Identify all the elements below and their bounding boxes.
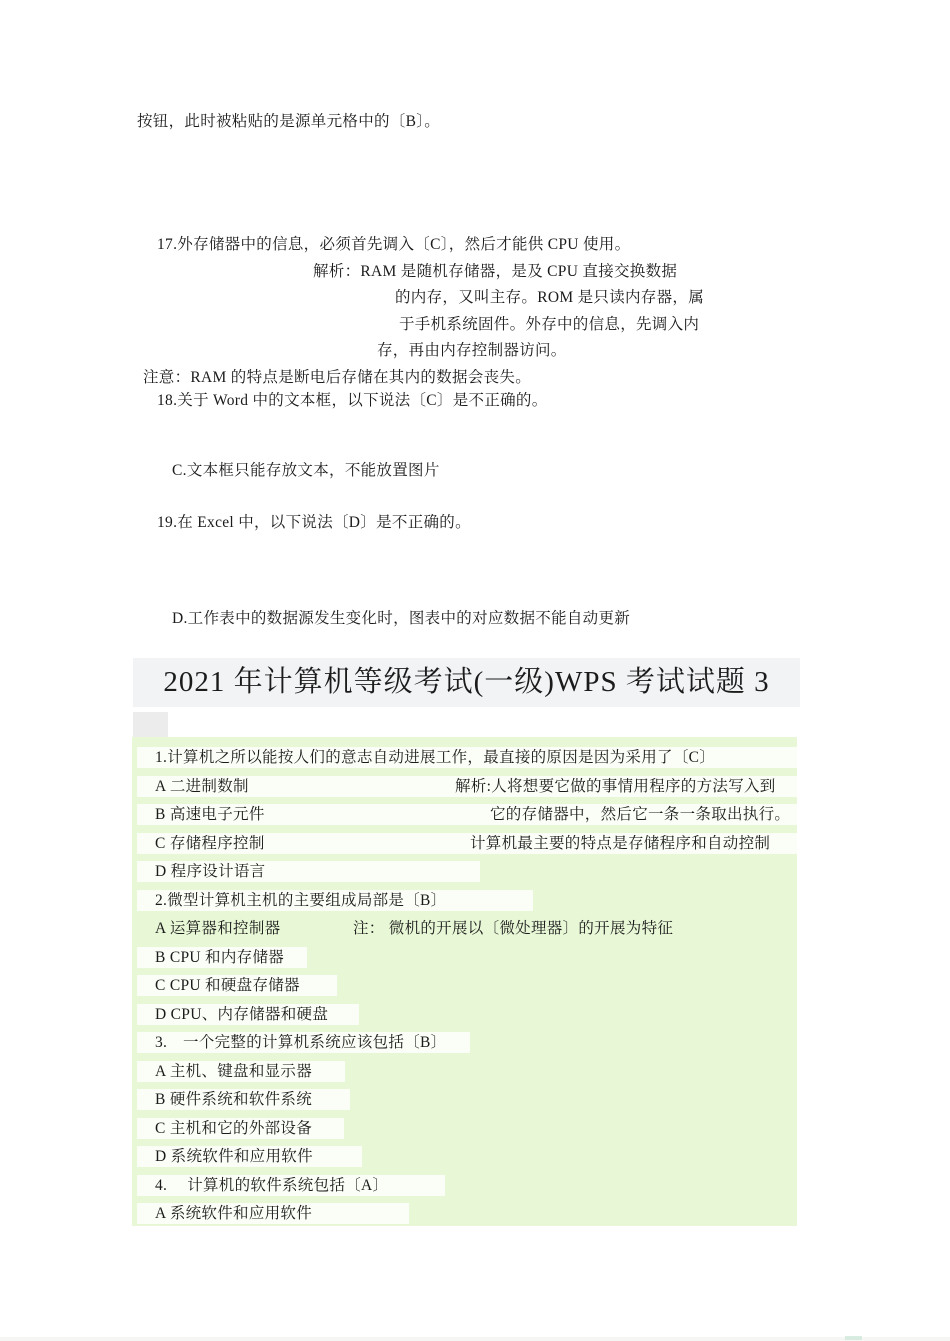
- question-text: 3. 一个完整的计算机系统应该包括〔B〕: [155, 1032, 446, 1053]
- paragraph-line: D.工作表中的数据源发生变化时，图表中的对应数据不能自动更新: [172, 608, 630, 630]
- exam-title: 2021 年计算机等级考试(一级)WPS 考试试题 3: [163, 658, 769, 707]
- option-text: D CPU、内存储器和硬盘: [155, 1004, 328, 1025]
- quiz-row: A 主机、键盘和显示器: [137, 1061, 797, 1082]
- section-title-band: 2021 年计算机等级考试(一级)WPS 考试试题 3: [133, 658, 800, 707]
- quiz-row: A 运算器和控制器 注： 微机的开展以〔微处理器〕的开展为特征: [137, 918, 797, 939]
- page-bottom-sliver: [845, 1336, 862, 1340]
- paragraph-line: 解析：RAM 是随机存储器，是及 CPU 直接交换数据: [313, 261, 677, 283]
- option-text: C 存储程序控制: [155, 833, 265, 854]
- paragraph-line: 17.外存储器中的信息，必须首先调入〔C〕，然后才能供 CPU 使用。: [157, 234, 630, 256]
- quiz-row: D 程序设计语言: [137, 861, 797, 882]
- option-text: B 硬件系统和软件系统: [155, 1089, 312, 1110]
- quiz-row: A 系统软件和应用软件: [137, 1203, 797, 1224]
- option-text: C 主机和它的外部设备: [155, 1118, 312, 1139]
- paragraph-line: 18.关于 Word 中的文本框，以下说法〔C〕是不正确的。: [157, 390, 548, 412]
- question-text: 1.计算机之所以能按人们的意志自动进展工作，最直接的原因是因为采用了〔C〕: [155, 747, 715, 768]
- option-text: A 运算器和控制器: [155, 918, 280, 939]
- paragraph-line: 存，再由内存控制器访问。: [377, 340, 567, 362]
- paragraph-line: 19.在 Excel 中，以下说法〔D〕是不正确的。: [157, 512, 471, 534]
- option-text: B 高速电子元件: [155, 804, 265, 825]
- annotation-note: 解析:人将想要它做的事情用程序的方法写入到: [455, 776, 776, 797]
- quiz-row: D 系统软件和应用软件: [137, 1146, 797, 1167]
- quiz-row: 4. 计算机的软件系统包括〔A〕: [137, 1175, 797, 1196]
- page-bottom-hairline: [0, 1337, 950, 1341]
- paragraph-line: 按钮，此时被粘贴的是源单元格中的〔B〕。: [137, 111, 440, 133]
- quiz-row: A 二进制数制 解析:人将想要它做的事情用程序的方法写入到: [137, 776, 797, 797]
- quiz-row: D CPU、内存储器和硬盘: [137, 1004, 797, 1025]
- quiz-row: C 主机和它的外部设备: [137, 1118, 797, 1139]
- option-text: A 二进制数制: [155, 776, 249, 797]
- option-text: D 系统软件和应用软件: [155, 1146, 313, 1167]
- quiz-block: 1.计算机之所以能按人们的意志自动进展工作，最直接的原因是因为采用了〔C〕 A …: [132, 737, 797, 1226]
- quiz-row: B 高速电子元件 它的存储器中，然后它一条一条取出执行。: [137, 804, 797, 825]
- option-text: B CPU 和内存储器: [155, 947, 284, 968]
- quiz-row: 2.微型计算机主机的主要组成局部是〔B〕: [137, 890, 797, 911]
- option-text: D 程序设计语言: [155, 861, 265, 882]
- quiz-row: B CPU 和内存储器: [137, 947, 797, 968]
- quiz-row: C 存储程序控制 计算机最主要的特点是存储程序和自动控制: [137, 833, 797, 854]
- paragraph-line: C.文本框只能存放文本，不能放置图片: [172, 460, 440, 482]
- paragraph-line: 的内存，又叫主存。ROM 是只读内存器，属: [395, 287, 704, 309]
- quiz-row: B 硬件系统和软件系统: [137, 1089, 797, 1110]
- option-text: A 系统软件和应用软件: [155, 1203, 312, 1224]
- annotation-note: 它的存储器中，然后它一条一条取出执行。: [490, 804, 790, 825]
- question-text: 4. 计算机的软件系统包括〔A〕: [155, 1175, 388, 1196]
- quiz-row: 3. 一个完整的计算机系统应该包括〔B〕: [137, 1032, 797, 1053]
- paragraph-line: 于手机系统固件。外存中的信息，先调入内: [399, 314, 699, 336]
- gray-spacer-block: [133, 712, 168, 737]
- document-page: 按钮，此时被粘贴的是源单元格中的〔B〕。 17.外存储器中的信息，必须首先调入〔…: [0, 0, 950, 1341]
- option-text: A 主机、键盘和显示器: [155, 1061, 312, 1082]
- annotation-note: 计算机最主要的特点是存储程序和自动控制: [470, 833, 770, 854]
- question-text: 2.微型计算机主机的主要组成局部是〔B〕: [155, 890, 446, 911]
- option-text: C CPU 和硬盘存储器: [155, 975, 300, 996]
- quiz-row: C CPU 和硬盘存储器: [137, 975, 797, 996]
- annotation-note: 注： 微机的开展以〔微处理器〕的开展为特征: [353, 918, 673, 939]
- paragraph-line: 注意：RAM 的特点是断电后存储在其内的数据会丧失。: [143, 367, 531, 389]
- quiz-row: 1.计算机之所以能按人们的意志自动进展工作，最直接的原因是因为采用了〔C〕: [137, 747, 797, 768]
